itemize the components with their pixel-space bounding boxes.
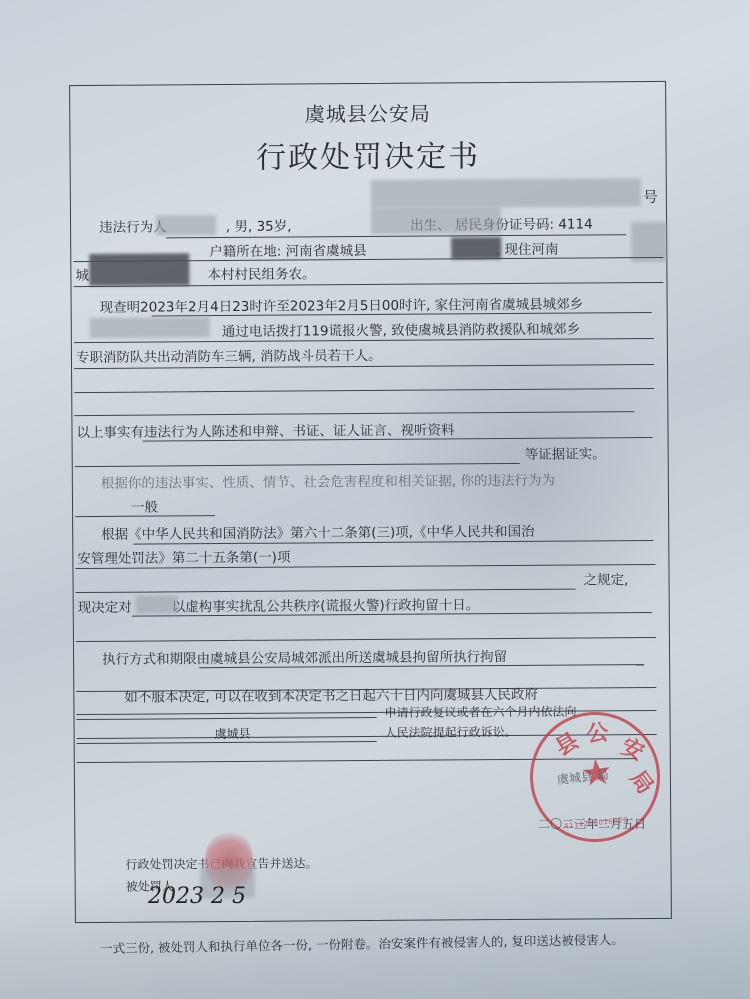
age-value: 35岁 (257, 219, 288, 235)
footer-note: 一式三份, 被处罚人和执行单位各一份, 一份附卷。治安案件有被侵害人的, 复印送… (100, 929, 680, 959)
basis-text-1: 《中华人民共和国消防法》第六十二条第(三)项,《中华人民共和国治 (128, 524, 534, 543)
appeal-county: 虞城县 (215, 725, 251, 742)
basis-line-1: 根据《中华人民共和国消防法》第六十二条第(三)项,《中华人民共和国治 (101, 520, 534, 543)
assessment-line: 根据你的违法事实、性质、情节、社会危害程度和相关证据, 你的违法行为为 (101, 469, 555, 492)
rule (76, 589, 576, 593)
rule (76, 637, 656, 642)
occupation-value: 本村村民组务农。 (207, 266, 315, 283)
rule (75, 463, 520, 467)
household-label: 户籍所在地: (209, 244, 281, 261)
redacted-name (156, 215, 216, 235)
basis-lead: 根据 (101, 527, 128, 543)
appeal-line-2a: 申请行政复议或者在六个月内依法向 (384, 703, 576, 721)
basis-line-2: 安管理处罚法》第二十五条第(一)项 (77, 546, 290, 567)
seal-char: 公 (585, 715, 610, 748)
facts-line-2: 通过电话拨打119谎报火警, 致使虞城县消防救援队和城郊乡 (222, 318, 580, 341)
redacted-decision-name (136, 595, 178, 613)
evidence-tail: 等证据证实。 (525, 442, 606, 463)
evidence-lead: 以上事实有 (76, 425, 144, 441)
execution-label: 执行方式和期限 (102, 651, 197, 668)
redacted-household (451, 237, 501, 259)
redacted-birthdate (371, 207, 501, 234)
appeal-line-2b: 人民法院提起行政诉讼。 (385, 723, 517, 741)
facts-lead: 现查明 (100, 300, 141, 316)
assessment-level: 一般 (131, 495, 158, 515)
rule (75, 515, 215, 517)
household-line: 户籍所在地: 河南省虞城县 , 现住河南 (209, 238, 558, 260)
agency-name: 虞城县公安局 (70, 96, 665, 129)
gender-value: 男 (234, 219, 248, 235)
redacted-address (89, 253, 189, 286)
issue-date: 二〇二三年二月五日 (538, 815, 646, 832)
decision-lead: 现决定对 (78, 600, 132, 616)
seal-char: 局 (624, 764, 662, 800)
rule (74, 388, 654, 393)
redacted-doc-number (371, 178, 641, 208)
rule (77, 741, 377, 744)
redacted-facts-name (90, 317, 210, 338)
document-title: 行政处罚决定书 (70, 130, 665, 178)
document-number: 号 (643, 186, 658, 207)
household-value: 河南省虞城县 (286, 243, 367, 260)
execution-line: 执行方式和期限由虞城县公安局城郊派出所送虞城县拘留所执行拘留 (102, 645, 507, 668)
residence-label: 现住河南 (504, 242, 558, 258)
rule (77, 717, 377, 720)
basis-tail: 之规定, (583, 568, 628, 588)
residence-prefix: 城 (75, 268, 89, 284)
facts-line-3: 专职消防队共出动消防车三辆, 消防战斗员若干人。 (76, 344, 382, 366)
id-number: 4114 (558, 216, 592, 232)
handwritten-date: 2023 2 5 (148, 884, 246, 909)
doc-number-suffix: 号 (643, 188, 658, 206)
handwritten-date-value: 2023 2 5 (148, 884, 246, 909)
seal-char: 安 (617, 730, 650, 767)
evidence-line: 以上事实有违法行为人陈述和申辩、书证、证人证言、视听资料 (76, 418, 454, 441)
rule (74, 411, 634, 416)
